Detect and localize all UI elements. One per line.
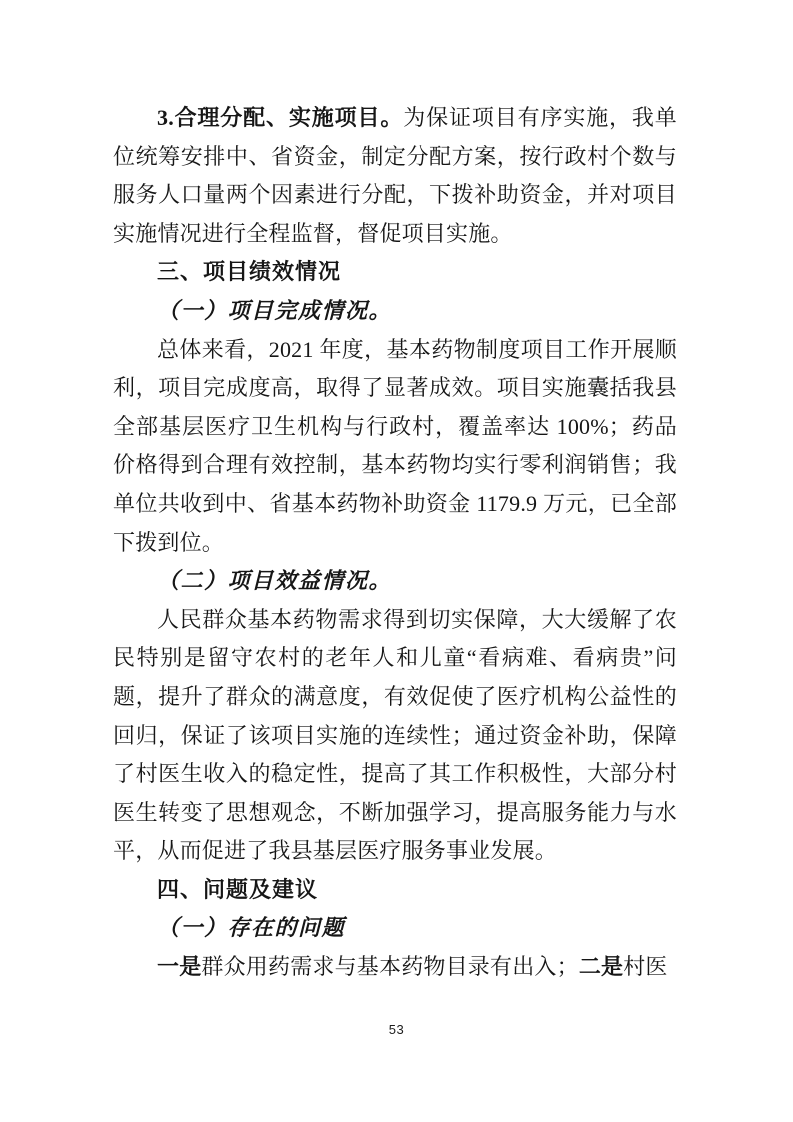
page-number: 53 bbox=[0, 1022, 793, 1037]
subheading-3-2-benefit: （二）项目效益情况。 bbox=[113, 562, 677, 601]
paragraph-benefit-status: 人民群众基本药物需求得到切实保障，大大缓解了农民特别是留守农村的老年人和儿童“看… bbox=[113, 601, 677, 871]
subheading-3-1-completion: （一）项目完成情况。 bbox=[113, 292, 677, 331]
problem-two-label: 二是 bbox=[579, 954, 623, 979]
subheading-4-1-existing-problems: （一）存在的问题 bbox=[113, 909, 677, 948]
section-heading-4-problems-suggestions: 四、问题及建议 bbox=[113, 871, 677, 910]
problem-one-text: 群众用药需求与基本药物目录有出入； bbox=[201, 954, 578, 979]
section-heading-3-performance: 三、项目绩效情况 bbox=[113, 253, 677, 292]
problem-one-label: 一是 bbox=[157, 954, 201, 979]
document-page: 3.合理分配、实施项目。为保证项目有序实施，我单位统筹安排中、省资金，制定分配方… bbox=[0, 0, 793, 1122]
paragraph-problems: 一是群众用药需求与基本药物目录有出入；二是村医 bbox=[113, 948, 677, 987]
problem-two-text: 村医 bbox=[623, 954, 667, 979]
paragraph-allocate-implement: 3.合理分配、实施项目。为保证项目有序实施，我单位统筹安排中、省资金，制定分配方… bbox=[113, 99, 677, 253]
document-body: 3.合理分配、实施项目。为保证项目有序实施，我单位统筹安排中、省资金，制定分配方… bbox=[113, 99, 677, 987]
paragraph-completion-status: 总体来看，2021 年度，基本药物制度项目工作开展顺利，项目完成度高，取得了显著… bbox=[113, 331, 677, 563]
paragraph-lead-bold: 3.合理分配、实施项目。 bbox=[157, 105, 403, 130]
